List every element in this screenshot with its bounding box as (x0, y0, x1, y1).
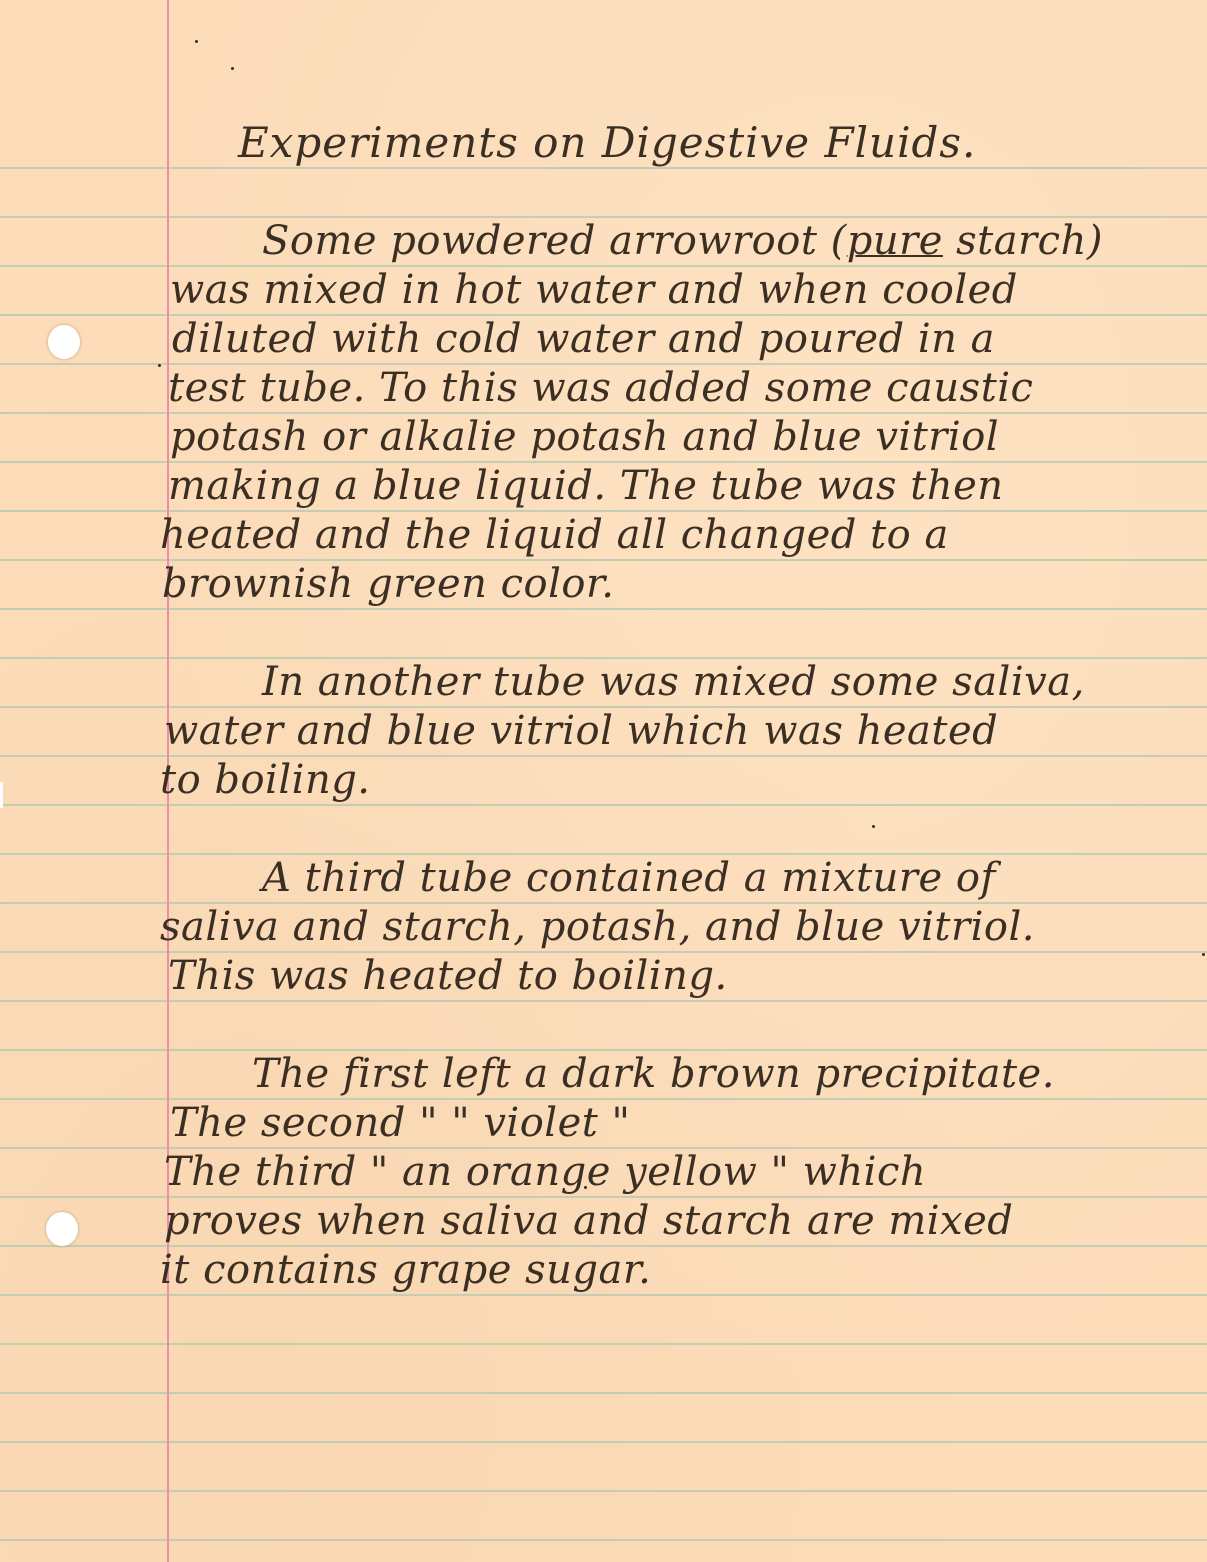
ink-speck (231, 67, 234, 70)
text-line: brownish green color. (162, 560, 614, 609)
ink-speck (1202, 953, 1205, 956)
text-line: test tube. To this was added some causti… (168, 364, 1033, 413)
notebook-page: Experiments on Digestive Fluids. Some po… (0, 0, 1207, 1562)
ruled-line (0, 1343, 1207, 1345)
text-line: The third " an orange yellow " which (164, 1148, 926, 1197)
text-line: making a blue liquid. The tube was then (168, 462, 1004, 511)
text-line: it contains grape sugar. (160, 1246, 651, 1295)
ink-speck (195, 40, 198, 43)
ruled-line (0, 1490, 1207, 1492)
text-line: potash or alkalie potash and blue vitrio… (170, 413, 999, 462)
ruled-line (0, 167, 1207, 169)
ruled-line (0, 1539, 1207, 1541)
text-line: In another tube was mixed some saliva, (262, 658, 1085, 707)
text-line: water and blue vitriol which was heated (164, 707, 998, 756)
text-segment: starch) (943, 218, 1103, 264)
text-line: The second " " violet " (170, 1099, 630, 1148)
ink-speck (872, 825, 875, 828)
text-line: The first left a dark brown precipitate. (252, 1050, 1055, 1099)
ruled-line (0, 1392, 1207, 1394)
text-line: heated and the liquid all changed to a (160, 511, 949, 560)
punch-hole-bottom (46, 1212, 78, 1246)
text-segment: Some powdered arrowroot ( (262, 218, 847, 264)
text-line: A third tube contained a mixture of (262, 854, 996, 903)
text-line: Some powdered arrowroot (pure starch) (262, 217, 1103, 266)
edge-mark (0, 782, 3, 808)
ink-speck (158, 364, 161, 367)
text-line: to boiling. (160, 756, 371, 805)
text-line: saliva and starch, potash, and blue vitr… (160, 903, 1035, 952)
punch-hole-top (48, 325, 80, 359)
text-line: was mixed in hot water and when cooled (170, 266, 1018, 315)
text-line: diluted with cold water and poured in a (172, 315, 995, 364)
underlined-word: pure (847, 218, 943, 264)
text-line: This was heated to boiling. (168, 952, 728, 1001)
text-line: proves when saliva and starch are mixed (164, 1197, 1013, 1246)
ruled-line (0, 1441, 1207, 1443)
page-title: Experiments on Digestive Fluids. (238, 118, 976, 167)
